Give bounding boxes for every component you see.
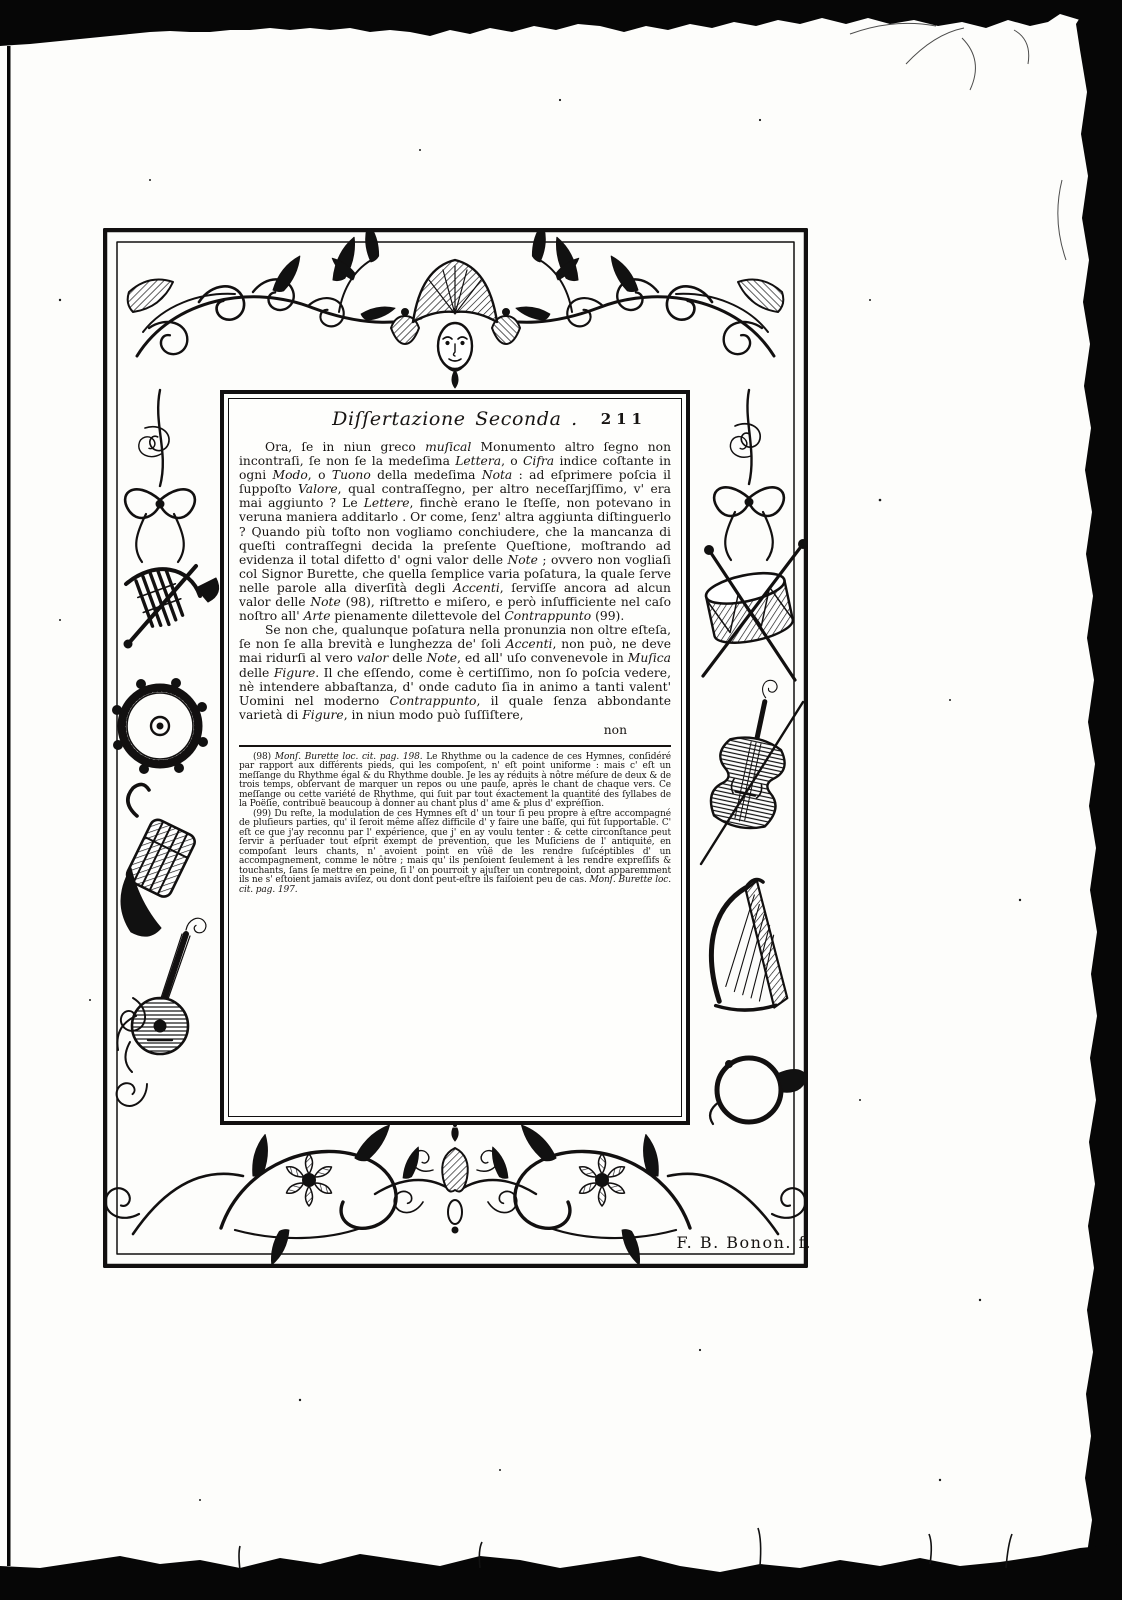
body-text: Ora, ſe in niun greco muſical Monumento …	[239, 440, 671, 722]
footnote-99: (99) Du reſte, la modulation de ces Hymn…	[239, 810, 671, 896]
hunting-horn-icon	[710, 1058, 807, 1124]
text-frame: Diſſertazione Seconda . 211 Ora, ſe in n…	[220, 390, 690, 1125]
lute-icon	[117, 915, 208, 1072]
mask-icon	[413, 260, 497, 388]
page-title: Diſſertazione Seconda .	[332, 408, 578, 430]
harp-icon	[703, 878, 788, 1014]
engraver-signature: F. B. Bonon. f.	[677, 1233, 812, 1252]
paragraph: Se non che, qualunque poſatura nella pro…	[239, 623, 671, 722]
page-number: 211	[601, 410, 647, 428]
paper-creases	[850, 23, 1066, 260]
torn-edge-right	[1076, 0, 1122, 1600]
engraved-plate: Diſſertazione Seconda . 211 Ora, ſe in n…	[103, 228, 808, 1268]
paper-fibers	[239, 1528, 1012, 1570]
bottom-scrollwork	[103, 1125, 451, 1265]
footnotes: (98) Monſ. Burette loc. cit. pag. 198. L…	[239, 753, 671, 896]
fleuron-icon	[409, 1124, 502, 1234]
catchword: non	[239, 723, 671, 737]
drum-icon	[703, 567, 795, 648]
tambourine-icon	[113, 679, 208, 774]
torn-edge-left	[7, 46, 11, 1566]
viol-bow-icon	[701, 702, 803, 864]
top-scrollwork	[128, 228, 421, 357]
ribbon-bow-icon	[714, 487, 784, 560]
rosette-flower-icon	[285, 1154, 334, 1206]
scanned-book-page: Diſſertazione Seconda . 211 Ora, ſe in n…	[0, 0, 1122, 1600]
torn-edge-bottom	[0, 1544, 1122, 1600]
horn-and-panpipes-icon	[124, 565, 219, 648]
ribbon-bow-icon	[125, 489, 195, 562]
running-head: Diſſertazione Seconda . 211	[239, 408, 671, 430]
paragraph: Ora, ſe in niun greco muſical Monumento …	[239, 440, 671, 623]
footnote-rule	[239, 745, 671, 747]
left-instrument-trophy	[112, 390, 219, 1112]
footnote-98: (98) Monſ. Burette loc. cit. pag. 198. L…	[239, 753, 671, 810]
right-instrument-trophy	[701, 390, 808, 1124]
torn-edge-top	[0, 0, 1122, 46]
viol-icon	[706, 673, 801, 833]
text-frame-inner: Diſſertazione Seconda . 211 Ora, ſe in n…	[228, 398, 682, 1117]
